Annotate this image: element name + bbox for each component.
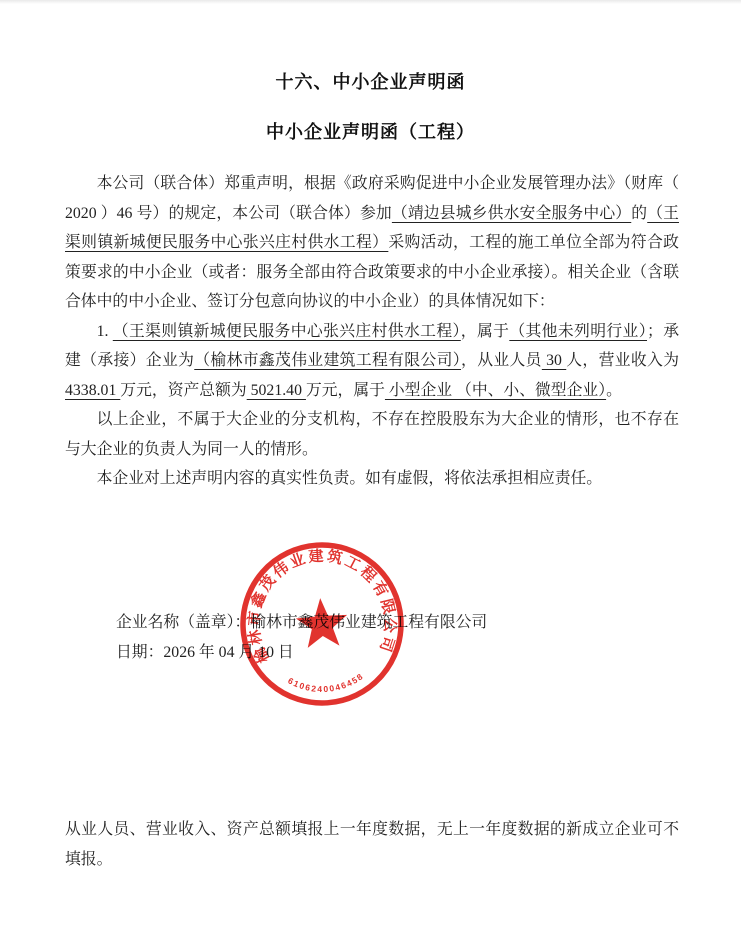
item-text-4: 人，营业收入为 <box>566 352 679 369</box>
field-project-name-2: （王渠则镇新城便民服务中心张兴庄村供水工程） <box>113 323 461 340</box>
item-text-3: ，从业人员 <box>461 352 542 369</box>
item-text: ，属于 <box>461 323 510 340</box>
declaration-body: 本公司（联合体）郑重声明，根据《政府采购促进中小企业发展管理办法》（财库（ 20… <box>65 169 679 494</box>
paragraph-intro: 本公司（联合体）郑重声明，根据《政府采购促进中小企业发展管理办法》（财库（ 20… <box>65 169 679 317</box>
item-text-7: 。 <box>606 382 622 399</box>
item-text-6: 万元，属于 <box>306 382 385 399</box>
document-page: 十六、中小企业声明函 中小企业声明函（工程） 本公司（联合体）郑重声明，根据《政… <box>0 0 741 930</box>
section-title: 十六、中小企业声明函 <box>0 68 741 94</box>
field-purchaser-name: （靖边县城乡供水安全服务中心） <box>392 205 631 222</box>
field-contractor-name: （榆林市鑫茂伟业建筑工程有限公司） <box>194 352 461 369</box>
intro-connector: 的 <box>631 205 647 222</box>
field-industry: （其他未列明行业） <box>509 323 647 340</box>
paragraph-responsibility: 本企业对上述声明内容的真实性负责。如有虚假，将依法承担相应责任。 <box>65 464 679 494</box>
company-seal-stamp: 榆林市鑫茂伟业建筑工程有限公司 6106240046458 <box>232 534 411 713</box>
seal-code-text: 6106240046458 <box>286 670 367 696</box>
field-enterprise-type: 小型企业 （中、小、微型企业） <box>385 382 606 399</box>
footnote: 从业人员、营业收入、资产总额填报上一年度数据，无上一年度数据的新成立企业可不填报… <box>65 815 679 874</box>
field-employee-count: 30 <box>542 352 566 369</box>
item-text-5: 万元，资产总额为 <box>120 382 246 399</box>
star-icon <box>295 596 350 648</box>
paragraph-no-affiliation: 以上企业，不属于大企业的分支机构，不存在控股股东为大企业的情形，也不存在与大企业… <box>65 405 679 464</box>
scan-edge <box>0 0 741 4</box>
item-number: 1. <box>97 323 113 340</box>
field-total-assets: 5021.40 <box>247 382 306 399</box>
paragraph-item-1: 1. （王渠则镇新城便民服务中心张兴庄村供水工程），属于（其他未列明行业）；承建… <box>65 317 679 406</box>
field-revenue: 4338.01 <box>65 382 120 399</box>
document-title: 中小企业声明函（工程） <box>0 118 741 144</box>
